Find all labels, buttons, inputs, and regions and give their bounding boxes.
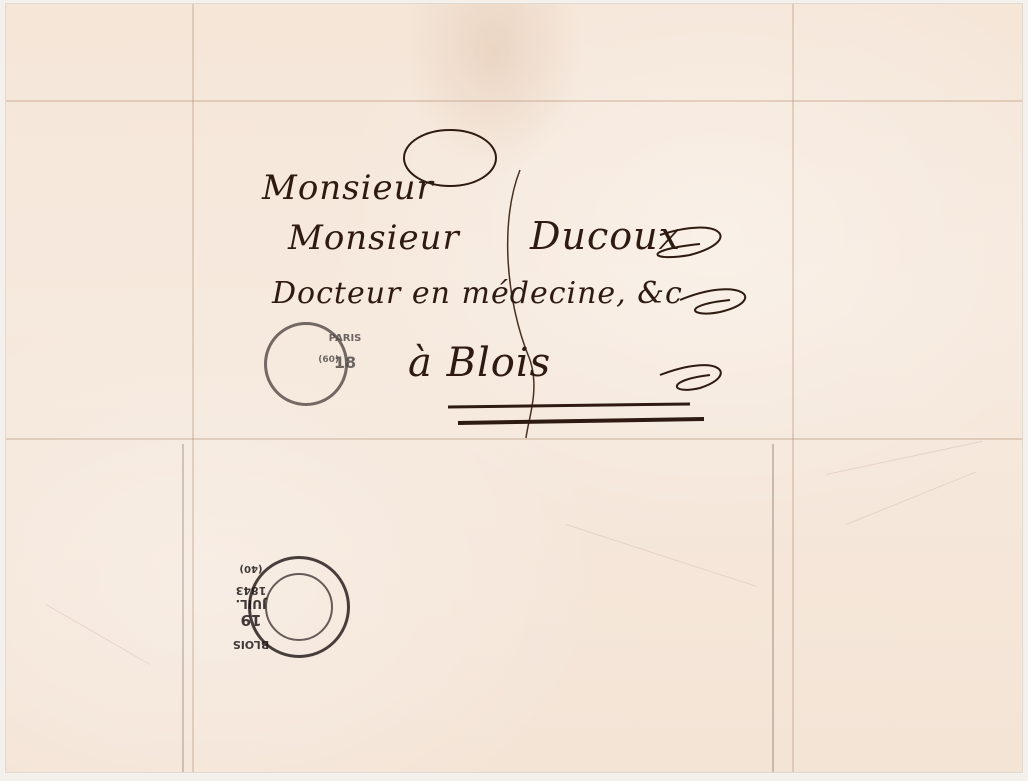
address-block: Monsieur Monsieur Ducoux Docteur en méde…: [0, 0, 1028, 781]
postmark-department: (40): [203, 563, 299, 574]
postmark-year: 1843: [203, 584, 299, 597]
postmark-town: BLOIS: [203, 638, 299, 651]
postmark-departure: PARIS 18 (60): [264, 322, 348, 406]
address-salutation: Monsieur: [262, 168, 434, 208]
address-destination: à Blois: [408, 340, 551, 386]
postmark-day: 19: [203, 611, 299, 629]
postmark-department: (60): [318, 355, 339, 365]
postmark-month: JUIL.: [203, 597, 299, 611]
postmark-arrival: BLOIS 19 JUIL. 1843 (40): [248, 556, 350, 658]
address-recipient-name: Ducoux: [530, 214, 681, 258]
address-profession: Docteur en médecine, &c: [272, 276, 683, 311]
ink-flourishes: [0, 0, 1028, 781]
address-title: Monsieur: [288, 218, 460, 258]
postmark-town: PARIS: [306, 333, 384, 344]
